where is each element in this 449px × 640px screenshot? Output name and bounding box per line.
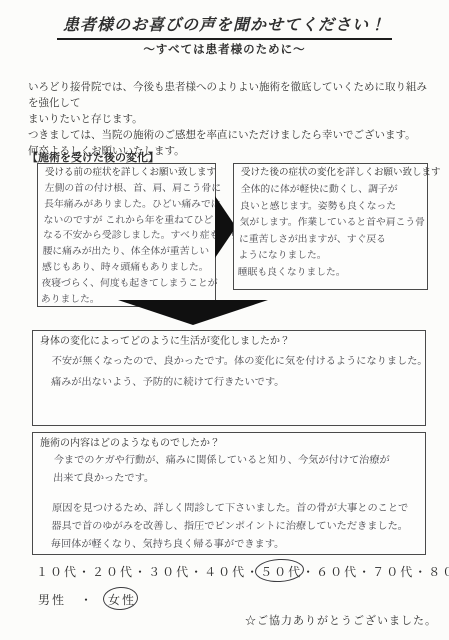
life-change-question: 身体の変化によってどのように生活が変化しましたか？ xyxy=(40,335,419,348)
treatment-content-answer: 今までのケガや行動が、痛みに関係していると知り、今気が付けて治療が 出来て良かっ… xyxy=(36,452,419,554)
survey-scan-page: 患者様のお喜びの声を聞かせてください！ ～すべては患者様のために～ いろどり接骨… xyxy=(0,0,449,640)
handwritten-line: 原因を見つけるため、詳しく問診して下さいました。首の骨が大事とのことで xyxy=(52,500,418,518)
treatment-content-question: 施術の内容はどのようなものでしたか？ xyxy=(40,437,419,450)
handwritten-line: なる不安から受診しました。すべり症もあり xyxy=(43,228,208,244)
age-option: ５０代 xyxy=(260,563,302,580)
handwritten-line: ようになりました。 xyxy=(238,248,419,265)
after-symptoms-answer: 全体的に体が軽快に動くし、調子が 良いと感じます。姿勢も良くなった 気がします。… xyxy=(238,182,421,281)
separator: ・ xyxy=(246,565,260,579)
before-symptoms-box: 受ける前の症状を詳しくお願い致します 左側の首の付け根、首、肩、肩こう骨に 長年… xyxy=(37,163,216,307)
handwritten-line: 長年痛みがありました。ひどい痛みでは xyxy=(44,197,209,213)
handwritten-line: 全体的に体が軽快に動くし、調子が xyxy=(240,182,421,199)
age-option: ４０代 xyxy=(204,563,246,580)
age-option: ３０代 xyxy=(148,563,190,580)
page-subtitle: ～すべては患者様のために～ xyxy=(0,41,449,57)
age-options-row: １０代・２０代・３０代・４０代・５０代・６０代・７０代・８０代 xyxy=(36,563,439,580)
intro-line: つきましては、当院の施術のご感想を率直にいただけましたら幸いでございます。 xyxy=(28,128,428,144)
intro-paragraph: いろどり接骨院では、今後も患者様へのよりよい施術を徹底していくために取り組みを強… xyxy=(28,80,428,160)
age-option: ７０代 xyxy=(372,563,414,580)
handwritten-line: 気がします。作業していると首や肩こう骨 xyxy=(239,215,420,232)
separator: ・ xyxy=(358,565,372,579)
age-option: ６０代 xyxy=(316,563,358,580)
handwritten-line: 睡眠も良くなりました。 xyxy=(238,265,419,282)
separator: ・ xyxy=(80,593,94,607)
handwritten-line: 左側の首の付け根、首、肩、肩こう骨に xyxy=(44,181,209,197)
gender-options-row: 男性・女性 xyxy=(38,591,136,608)
gender-option: 女性 xyxy=(108,591,136,608)
separator: ・ xyxy=(302,565,316,579)
life-change-box: 身体の変化によってどのように生活が変化しましたか？ 不安が無くなったので、良かっ… xyxy=(32,330,426,426)
down-arrow-icon xyxy=(118,299,268,331)
handwritten-line: 痛みが出ないよう、予防的に続けて行きたいです。 xyxy=(51,372,419,393)
before-symptoms-answer: 左側の首の付け根、首、肩、肩こう骨に 長年痛みがありました。ひどい痛みでは ない… xyxy=(41,181,209,307)
before-symptoms-question: 受ける前の症状を詳しくお願い致します xyxy=(45,167,209,180)
treatment-content-box: 施術の内容はどのようなものでしたか？ 今までのケガや行動が、痛みに関係していると… xyxy=(32,432,426,555)
after-symptoms-box: 受けた後の症状の変化を詳しくお願い致します 全体的に体が軽快に動くし、調子が 良… xyxy=(233,163,428,290)
handwritten-line: 今までのケガや行動が、痛みに関係していると知り、今気が付けて治療が xyxy=(53,452,419,470)
thanks-note: ☆ご協力ありがとうございました。 xyxy=(245,612,437,628)
separator: ・ xyxy=(134,565,148,579)
handwritten-line: 器具で首のゆがみを改善し、指圧でピンポイントに治療していただきました。 xyxy=(51,518,417,536)
separator: ・ xyxy=(78,565,92,579)
handwritten-line: 夜寝づらく、何度も起きてしまうことが xyxy=(41,276,206,292)
handwritten-line: 腰に痛みが出たり、体全体が重苦しい xyxy=(42,244,207,260)
age-option: １０代 xyxy=(36,563,78,580)
page-title: 患者様のお喜びの声を聞かせてください！ xyxy=(0,12,449,40)
handwritten-line: 不安が無くなったので、良かったです。体の変化に気を付けるようになりました。 xyxy=(51,351,419,372)
after-symptoms-question: 受けた後の症状の変化を詳しくお願い致します xyxy=(241,167,421,180)
life-change-answer: 不安が無くなったので、良かったです。体の変化に気を付けるようになりました。 痛み… xyxy=(39,351,419,393)
handwritten-line: に重苦しさが出ますが、すぐ戻る xyxy=(239,232,420,249)
intro-line: まいりたいと存じます。 xyxy=(28,112,428,128)
handwritten-line: 毎回体が軽くなり、気持ち良く帰る事ができます。 xyxy=(50,536,416,554)
age-option: ２０代 xyxy=(92,563,134,580)
handwritten-line: 良いと感じます。姿勢も良くなった xyxy=(240,199,421,216)
separator: ・ xyxy=(414,565,428,579)
separator: ・ xyxy=(190,565,204,579)
age-option: ８０代 xyxy=(428,563,449,580)
handwritten-line: 出来て良かったです。 xyxy=(53,470,419,488)
handwritten-line: 感じもあり、時々頭痛もありました。 xyxy=(42,260,207,276)
handwritten-line: ないのですが これから年を重ねてひどく xyxy=(43,213,208,229)
gender-option: 男性 xyxy=(38,591,66,608)
intro-line: いろどり接骨院では、今後も患者様へのよりよい施術を徹底していくために取り組みを強… xyxy=(28,80,428,112)
paragraph-gap xyxy=(52,488,417,500)
